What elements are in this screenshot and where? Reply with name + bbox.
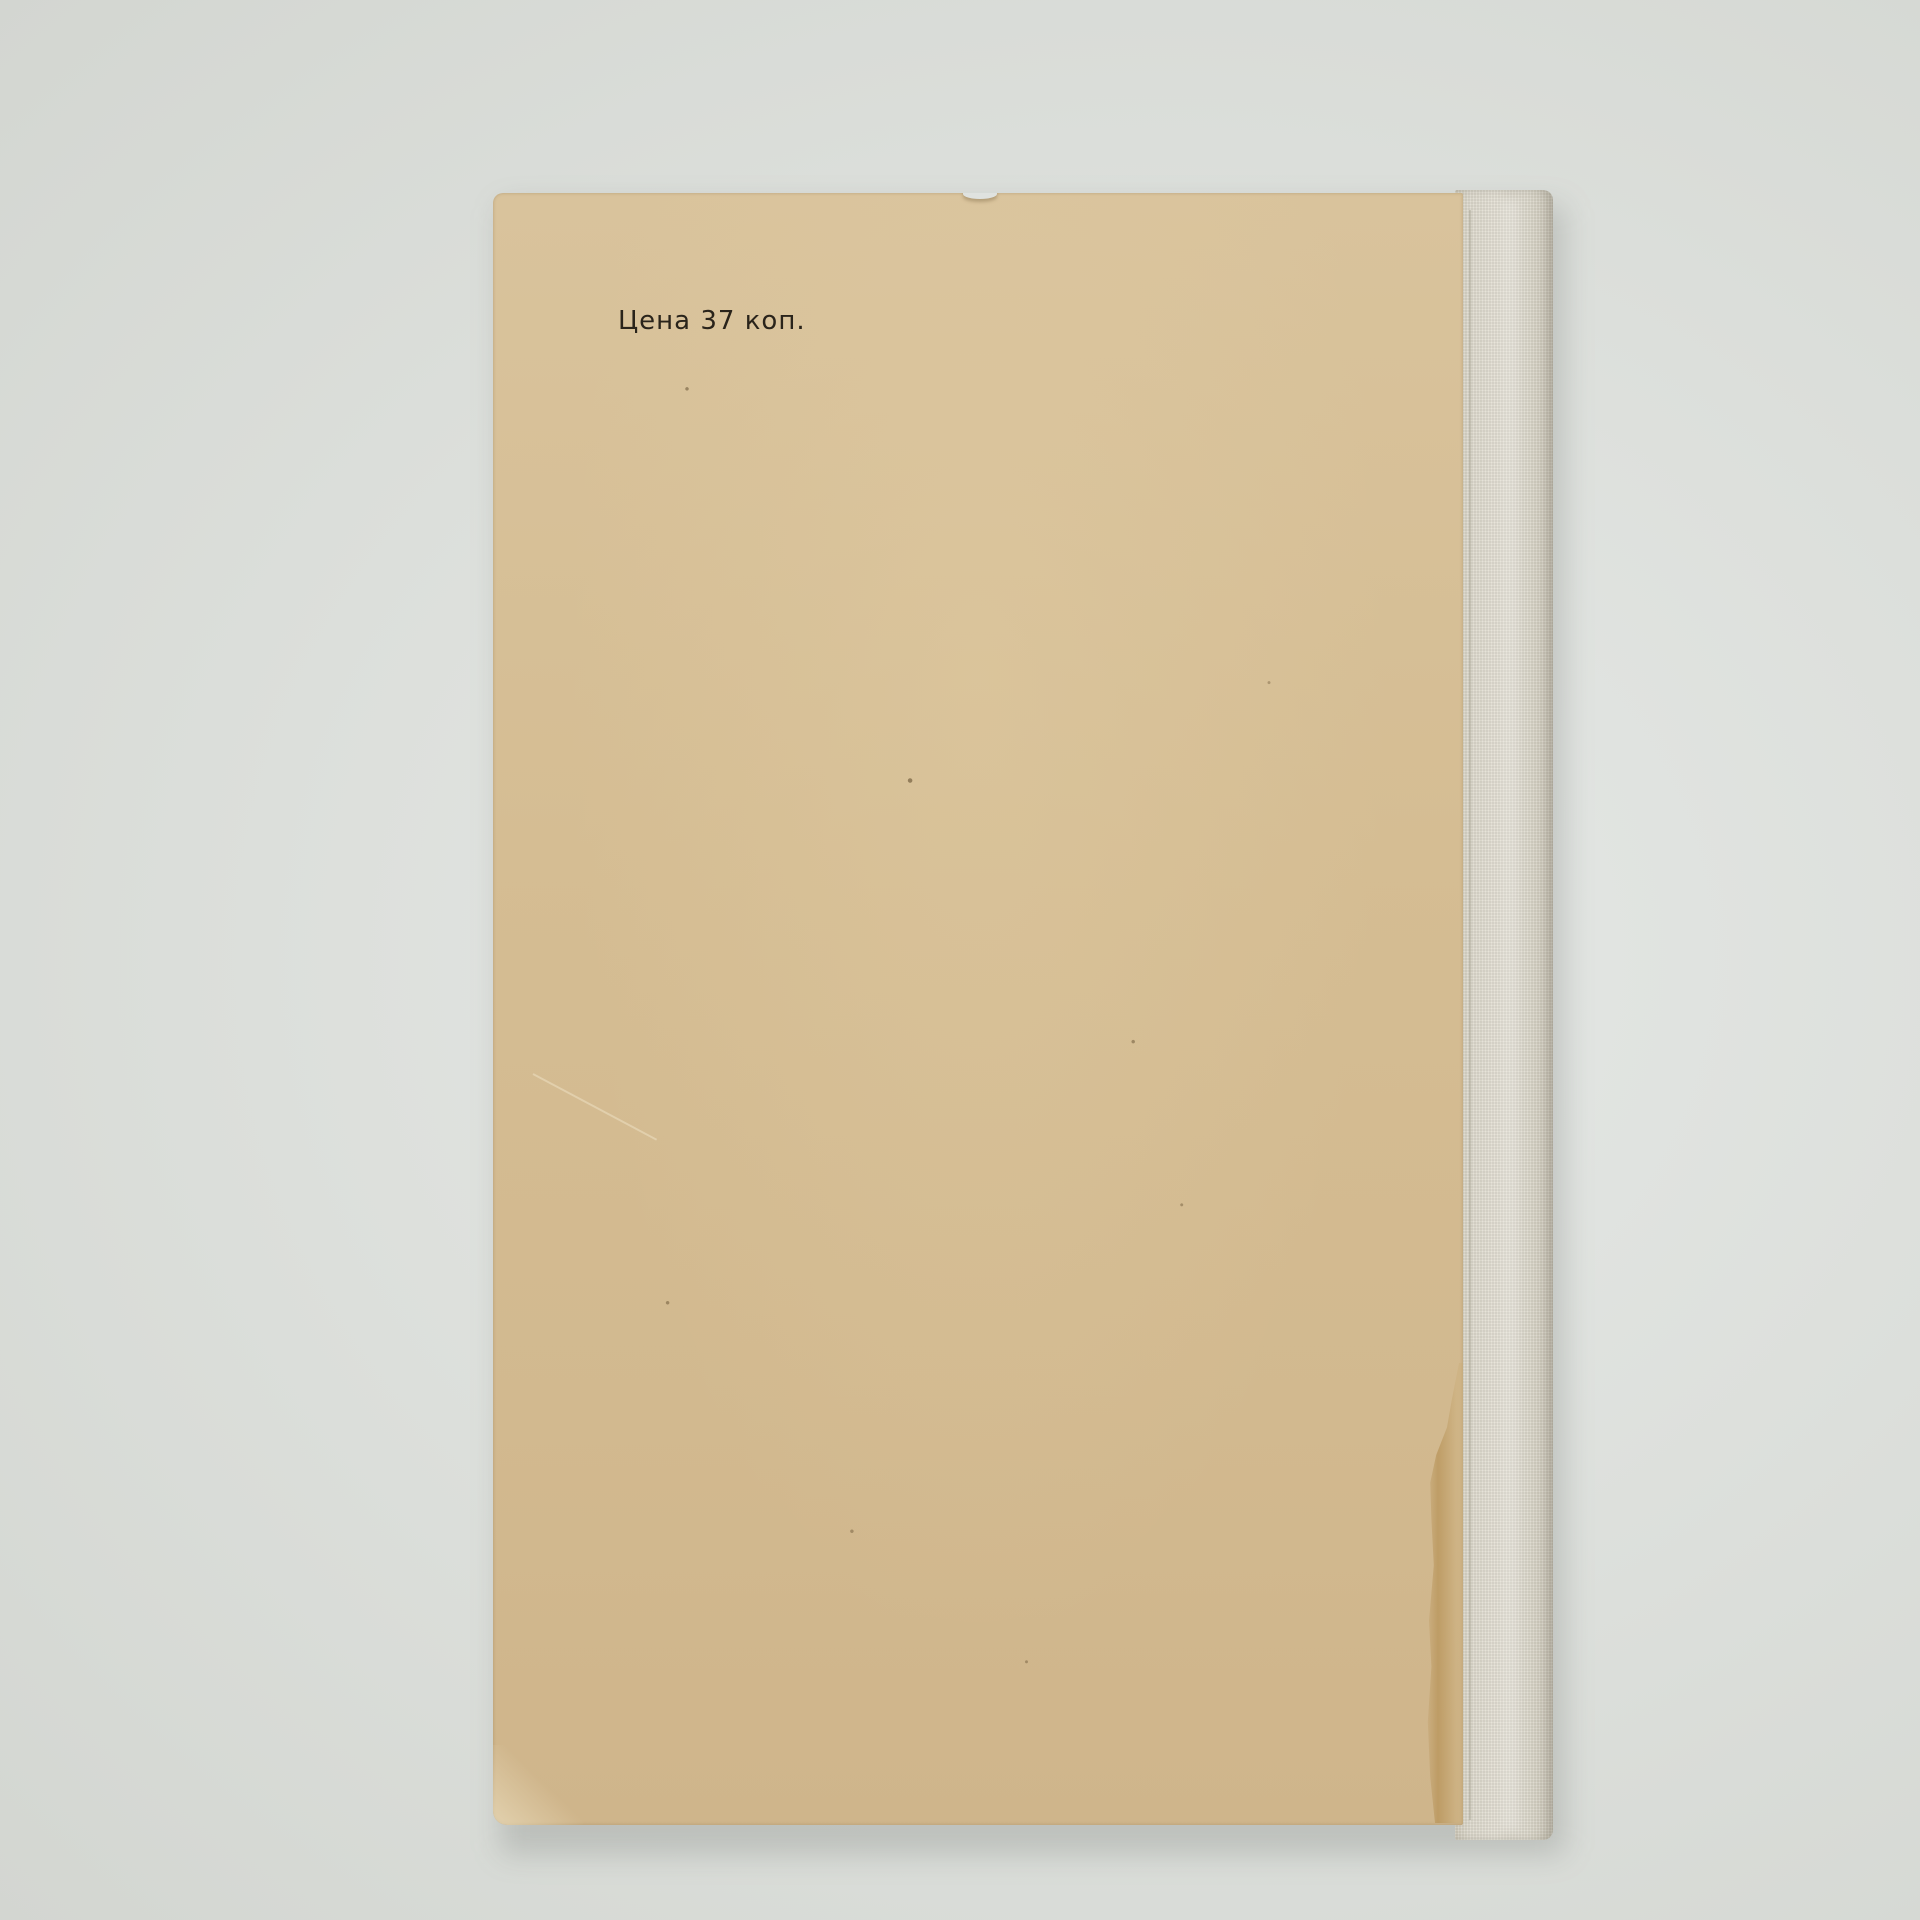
spine-highlight xyxy=(1501,200,1519,1830)
worn-corner xyxy=(493,1745,583,1825)
spine-fold-line xyxy=(1469,210,1471,1820)
cloth-spine xyxy=(1455,190,1553,1840)
back-cover: Цена 37 коп. xyxy=(493,193,1463,1825)
price-label: Цена 37 коп. xyxy=(618,306,806,336)
book: Цена 37 коп. xyxy=(493,190,1558,1840)
paper-speckles xyxy=(493,193,1463,1825)
photo-scene: Цена 37 коп. xyxy=(0,0,1920,1920)
